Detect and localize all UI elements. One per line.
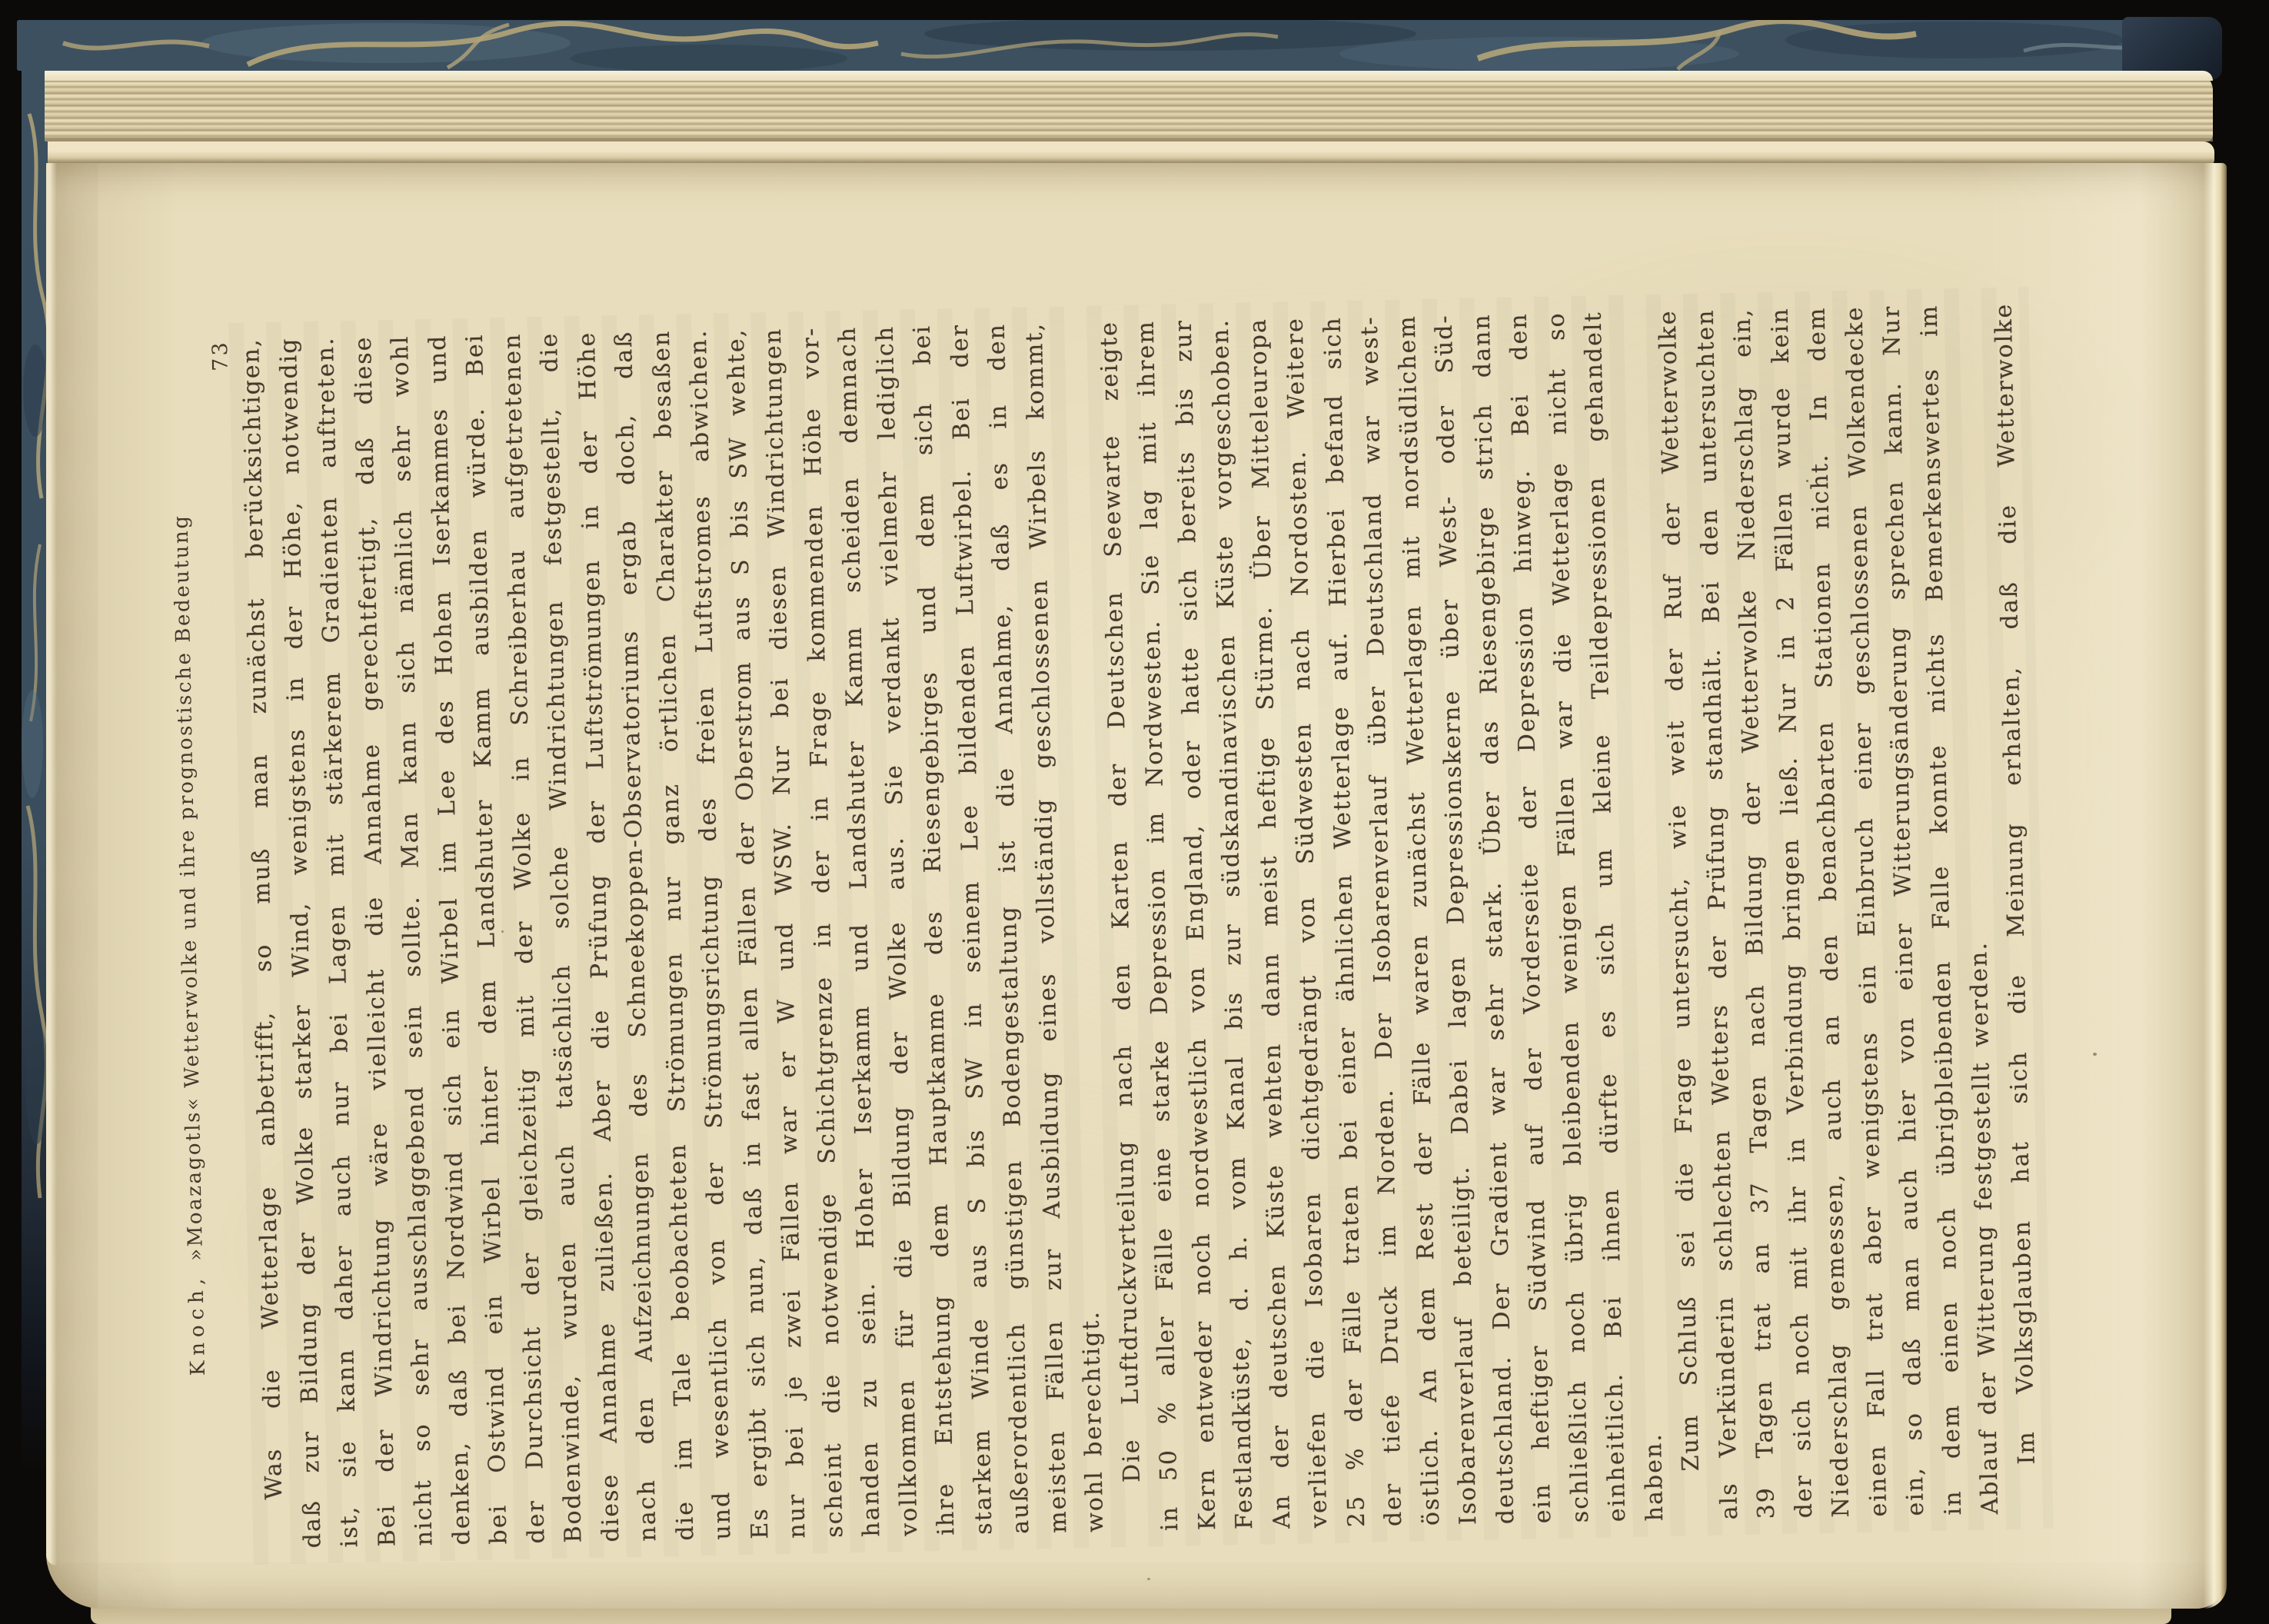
marble-texture-icon bbox=[22, 68, 49, 1475]
rotated-text-block: Knoch,»Moazagotls« Wetterwolke und ihre … bbox=[161, 302, 2045, 1550]
text-line: die im Tale beobachteten Strömungen nur … bbox=[643, 329, 704, 1541]
text-line: einheitlich. Bei ihnen dürfte es sich um… bbox=[1575, 311, 1637, 1522]
text-line: und wesentlich von der Strömungsrichtung… bbox=[680, 328, 742, 1540]
text-line: vollkommen für die Bildung der Wolke aus… bbox=[867, 325, 928, 1537]
running-header-author: Knoch, bbox=[185, 1273, 210, 1376]
text-line: denken, daß bei Nordwind sich ein Wirbel… bbox=[419, 334, 481, 1546]
text-line: Kern entweder noch nordwestlich von Engl… bbox=[1165, 319, 1226, 1531]
ink-speck bbox=[2093, 1053, 2097, 1056]
text-line: bei Ostwind ein Wirbel hinter dem Landsh… bbox=[457, 333, 518, 1545]
text-line: meisten Fällen zur Ausbildung eines voll… bbox=[1016, 322, 1077, 1534]
text-line: ein heftiger Südwind auf der Vorderseite… bbox=[1501, 312, 1562, 1524]
text-line: Bodenwinde, wurden auch tatsächlich solc… bbox=[531, 331, 593, 1543]
text-lines: Was die Wetterlage anbetrifft, so muß ma… bbox=[233, 302, 2047, 1549]
text-line: scheint die notwendige Schichtgrenze in … bbox=[792, 326, 853, 1538]
text-line: nur bei je zwei Fällen war er W und WSW.… bbox=[755, 327, 817, 1539]
ink-speck bbox=[912, 1436, 916, 1439]
marble-texture-icon bbox=[17, 20, 2213, 71]
text-line: ist, sie kann daher auch nur bei Lagen m… bbox=[308, 336, 369, 1548]
text-line: 25 % der Fälle traten bei einer ähnliche… bbox=[1314, 316, 1376, 1528]
text-line: handen zu sein. Hoher Iserkamm und Lands… bbox=[830, 326, 891, 1538]
text-line: nicht so sehr ausschlaggebend sein sollt… bbox=[382, 334, 444, 1546]
text-line: Es ergibt sich nun, daß in fast allen Fä… bbox=[717, 328, 779, 1539]
text-line: Was die Wetterlage anbetrifft, so muß ma… bbox=[233, 338, 294, 1549]
text-line: deutschland. Der Gradient war sehr stark… bbox=[1463, 313, 1525, 1525]
text-line: daß zur Bildung der Wolke starker Wind, … bbox=[270, 337, 331, 1549]
text-line: Zum Schluß sei die Frage untersucht, wie… bbox=[1650, 309, 1712, 1521]
text-line: haben. bbox=[1612, 310, 1674, 1522]
text-line: in 50 % aller Fälle eine starke Depressi… bbox=[1128, 320, 1189, 1532]
text-line: Isobarenverlauf beteiligt. Dabei lagen D… bbox=[1426, 314, 1488, 1526]
text-line: Niederschlag gemessen, auch an den benac… bbox=[1799, 306, 1861, 1518]
text-line: schließlich noch übrig bleibenden wenige… bbox=[1538, 311, 1599, 1523]
text-line: diese Annahme zuließen. Aber die Prüfung… bbox=[568, 331, 630, 1542]
text-line: nach den Aufzeichnungen des Schneekoppen… bbox=[606, 330, 667, 1542]
text-line: in dem einen noch übrigbleibenden Falle … bbox=[1911, 304, 1972, 1516]
page-left-edge-highlight bbox=[46, 163, 57, 1566]
ink-speck bbox=[1147, 1578, 1150, 1580]
page-number: 73 bbox=[204, 340, 238, 371]
book-scan: Knoch,»Moazagotls« Wetterwolke und ihre … bbox=[0, 0, 2269, 1624]
text-line: östlich. An dem Rest der Fälle waren zun… bbox=[1389, 314, 1450, 1526]
page-stack-edge-lower bbox=[48, 141, 2214, 165]
text-line: der tiefe Druck im Norden. Der Isobarenv… bbox=[1352, 315, 1413, 1527]
text-line: einen Fall trat aber wenigstens ein Einb… bbox=[1836, 305, 1898, 1517]
text-line: verliefen die Isobaren dichtgedrängt von… bbox=[1277, 317, 1339, 1529]
text-line: 39 Tagen trat an 37 Tagen nach Bildung d… bbox=[1725, 308, 1786, 1519]
ink-speck bbox=[1806, 480, 1808, 482]
page-stack-edges bbox=[45, 71, 2213, 141]
page-right-edge-highlight bbox=[2204, 163, 2227, 1609]
text-line: An der deutschen Küste wehten dann meist… bbox=[1239, 318, 1301, 1529]
text-line: als Verkünderin schlechten Wetters der P… bbox=[1687, 308, 1748, 1520]
text-line: ihre Entstehung dem Hauptkamme des Riese… bbox=[904, 324, 966, 1536]
text-line: starkem Winde aus S bis SW in seinem Lee… bbox=[941, 324, 1003, 1536]
text-line: ein, so daß man auch hier von einer Witt… bbox=[1873, 304, 1935, 1516]
text-line: Bei der Windrichtung wäre vielleicht die… bbox=[344, 335, 406, 1547]
text-line: wohl berechtigt. bbox=[1053, 321, 1115, 1533]
text-line: Die Luftdruckverteilung nach den Karten … bbox=[1090, 321, 1152, 1532]
ink-speck bbox=[501, 930, 504, 933]
text-line: der sich noch mit ihr in Verbindung brin… bbox=[1762, 307, 1823, 1519]
book-cover-left bbox=[22, 68, 49, 1475]
text-line: Ablauf der Witterung festgestellt werden… bbox=[1948, 303, 2009, 1515]
text-line: Festlandküste, d. h. vom Kanal bis zur s… bbox=[1203, 318, 1264, 1530]
text-line: außerordentlich günstigen Bodengestaltun… bbox=[979, 323, 1040, 1535]
text-line: der Durchsicht der gleichzeitig mit der … bbox=[494, 332, 555, 1544]
book-cover-top bbox=[17, 20, 2213, 71]
